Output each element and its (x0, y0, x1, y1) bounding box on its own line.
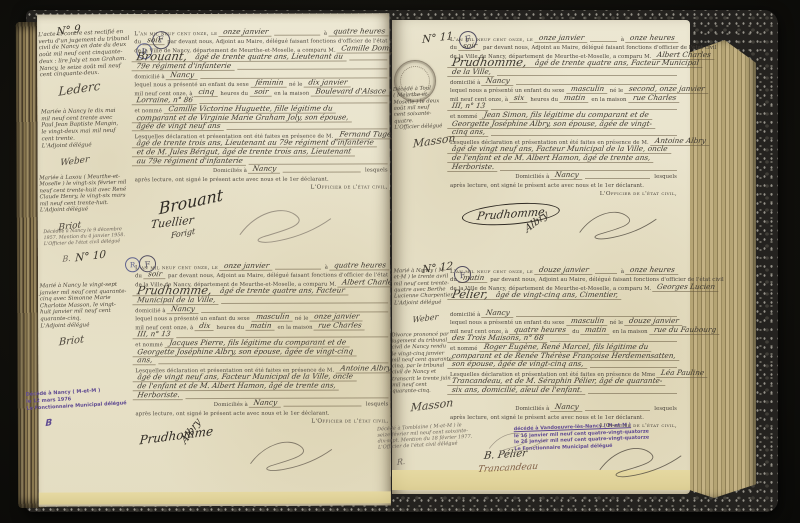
printed-text: en la maison (589, 97, 628, 103)
signature: Briot (59, 334, 85, 348)
printed-text: domicilié à (448, 312, 482, 318)
signature: Weber (412, 312, 438, 324)
blank-rule (588, 392, 677, 394)
handwritten-text: onze janvier (219, 260, 274, 270)
blank-rule (275, 33, 320, 35)
record-line: son épouse, âgée de vingt-cinq ans, (448, 361, 679, 370)
register-page-left: FRFR L'acte ci-contre est rectifié enver… (37, 13, 391, 506)
handwritten-text: Nancy (249, 398, 282, 408)
record-line: après lecture, ont signé le présent acte… (448, 412, 679, 421)
handwritten-text: Nancy (166, 70, 199, 80)
note-line: L'Adjoint délégué (40, 206, 134, 214)
note-line: L'Officier délégué (394, 123, 440, 131)
handwritten-text: cinq ans, (447, 127, 490, 137)
handwritten-text: dix (195, 321, 216, 331)
handwritten-text: âgée de vingt neuf ans (132, 121, 225, 131)
handwritten-text: douze janvier (534, 265, 593, 275)
margin-notes-left-page: L'acte ci-contre est rectifié envertu d'… (37, 13, 389, 14)
signature: Forigt (171, 227, 196, 241)
printed-text: lequel nous a présenté un enfant du sexe (133, 316, 252, 322)
handwritten-text: matin (246, 321, 277, 331)
signature-flourish (488, 431, 548, 456)
birth-record-9: N° 9 L'an mil neuf cent onze, leonze jan… (132, 27, 390, 267)
handwritten-text: six (509, 93, 529, 103)
register-page-right: FF Décédé à Toul( Meurthe-et-Moselle ) l… (392, 20, 690, 494)
printed-text: Domiciliés à (211, 168, 249, 174)
printed-text: né le (287, 82, 305, 88)
record-line: Domiciliés àNancylesquels (448, 172, 679, 181)
record-line: dusoirpar devant nous, Adjoint au Maire,… (448, 43, 679, 52)
printed-text: après lecture, ont signé le présent acte… (448, 415, 646, 421)
printed-text: heures du (528, 97, 560, 103)
margin-note: L'acte ci-contre est rectifié envertu d'… (38, 29, 132, 98)
blank-rule (284, 405, 362, 407)
handwritten-text: âgé de vingt-cinq ans, Cimentier, (491, 290, 623, 300)
blank-rule (275, 267, 320, 269)
blank-rule (349, 59, 387, 61)
record-line: L'an mil neuf cent onze, leonze janvierà… (133, 261, 390, 270)
record-body: L'an mil neuf cent onze, ledouze janvier… (448, 266, 679, 429)
signature-flourish (249, 439, 334, 475)
handwritten-text: Nancy (551, 402, 584, 412)
blank-rule (491, 134, 677, 136)
handwritten-text: au 79e régiment d'infanterie (132, 155, 248, 165)
note-line: quarante-cinq. (392, 388, 442, 395)
record-line: six ans, domicilié, aïeul de l'enfant. (448, 386, 679, 395)
handwritten-text: son épouse, âgée de vingt-cinq ans, (447, 359, 588, 369)
printed-text: en la maison (611, 329, 650, 335)
handwritten-text: quatre heures (328, 26, 390, 36)
signature-flourish (598, 445, 683, 481)
blank-rule (585, 177, 650, 179)
signature: B. (62, 254, 71, 264)
handwritten-text: Nancy (248, 164, 281, 174)
margin-note: Divorce prononcé parjugement du tribunal… (391, 332, 442, 414)
handwritten-text: onze heures (625, 33, 679, 43)
blank-rule (595, 272, 617, 274)
record-line: cinq ans, (448, 129, 679, 138)
signature: Trancandeau (477, 462, 538, 475)
blank-rule (500, 169, 677, 171)
record-line: L'Officier de l'état civil, (448, 189, 679, 198)
printed-text: Domiciliés à (513, 174, 551, 180)
printed-text: Domiciliés à (212, 402, 250, 408)
margin-note: Marié à Nancy ( M-et-M ) le trente avril… (394, 268, 441, 326)
handwritten-text: soir (143, 269, 167, 279)
record-body: L'an mil neuf cent onze, leonze janvierà… (133, 261, 391, 425)
handwritten-text: matin (458, 273, 489, 283)
handwritten-text: rue Charles (314, 320, 367, 330)
printed-text: en la maison (276, 324, 315, 330)
handwritten-text: soir (458, 41, 482, 51)
signatures-block: PrudhommeAlbry (448, 197, 679, 273)
blank-rule (590, 40, 617, 42)
printed-text: Domiciliés à (513, 406, 551, 412)
handwritten-text: onze janvier (219, 26, 274, 36)
signature-flourish (238, 207, 333, 247)
printed-text: lequel nous a présenté un enfant du sexe (448, 88, 567, 94)
signature: R. (397, 457, 406, 467)
signatures-block: BrouantTuellierForigt (133, 191, 390, 268)
signature: Weber (60, 155, 89, 169)
signatures-block: PrudhommeAlbry (134, 425, 391, 502)
blank-rule (497, 74, 677, 76)
handwritten-text: âgé de trente quatre ans, Facteur (215, 286, 349, 296)
signatures-block: B. PélierTrancandeau (448, 429, 679, 505)
handwritten-text: Pélier, (447, 290, 493, 300)
printed-text: domicilié à (448, 80, 482, 86)
birth-record-12: N° 12 L'an mil neuf cent onze, ledouze j… (448, 266, 679, 505)
printed-text: heures du (215, 325, 247, 331)
record-line: Domiciliés àNancylesquels (448, 404, 679, 413)
handwritten-text: six ans, domicilié, aïeul de l'enfant. (447, 385, 587, 395)
handwritten-text: onze heures (625, 265, 679, 275)
printed-text: lesquels (652, 406, 679, 412)
handwritten-text: ans, (133, 355, 158, 365)
signature: B (45, 418, 52, 429)
handwritten-text: quatre heures (329, 260, 391, 270)
margin-note: Mariée à Nancy le dix maimil neuf cent t… (41, 108, 132, 169)
birth-record-11: N° 11 L'an mil neuf cent onze, leonze ja… (448, 34, 679, 273)
margin-note: Décédé à Toul( Meurthe-et-Moselle ) le d… (393, 85, 441, 150)
printed-text: lesquels (364, 401, 391, 407)
right-fore-edge-pages (686, 40, 756, 498)
blank-rule (585, 409, 650, 411)
margin-note: Marié à Nancy le vingt-septjanvier mil n… (40, 281, 133, 348)
printed-text: heures du (218, 91, 250, 97)
handwritten-text: rue du Faubourg (649, 325, 721, 335)
handwritten-text: onze janvier (534, 33, 589, 43)
record-line: L'an mil neuf cent onze, leonze janvierà… (132, 27, 389, 36)
handwritten-text: Nancy (551, 170, 584, 180)
record-line: après lecture, ont signé le présent acte… (448, 180, 679, 189)
handwritten-text: Nancy (482, 308, 515, 318)
handwritten-text: Nancy (482, 76, 515, 86)
photo-background: FRFR L'acte ci-contre est rectifié enver… (0, 0, 800, 523)
printed-text: domicilié à (132, 74, 166, 80)
note-line: L'Adjoint délégué (42, 141, 132, 150)
record-line: Georgette Joséphine Albry, son épouse, â… (133, 347, 390, 356)
handwritten-text: Herboriste. (447, 162, 499, 172)
record-line: L'Officier de l'état civil, (448, 421, 679, 430)
handwritten-text: Georges Lucien (653, 282, 721, 292)
note-line: L'Adjoint délégué (394, 299, 440, 306)
handwritten-text: Herboriste. (133, 390, 185, 400)
printed-text: après lecture, ont signé le présent acte… (133, 176, 331, 183)
printed-text: après lecture, ont signé le présent acte… (448, 183, 646, 189)
printed-text: né le (608, 88, 626, 94)
handwritten-text: âgé de trente quatre ans, Facteur Munici… (530, 58, 704, 68)
record-line: dumatinpar devant nous, Adjoint au Maire… (448, 275, 679, 284)
handwritten-text: matin (580, 325, 611, 335)
handwritten-text: soir (142, 35, 166, 45)
record-line: Pélier,âgé de vingt-cinq ans, Cimentier, (448, 292, 679, 301)
handwritten-text: Nancy (167, 304, 200, 314)
handwritten-text: rue Charles (628, 93, 681, 103)
blank-rule (283, 171, 361, 173)
note-line: L'Adjoint délégué (40, 321, 132, 330)
record-body: L'an mil neuf cent onze, leonze janvierà… (132, 27, 390, 191)
printed-text: lesquels (652, 174, 679, 180)
printed-text: domicilié à (133, 308, 167, 314)
signature-flourish (578, 209, 658, 243)
signature: Prudhomme (139, 424, 214, 448)
handwritten-text: Georgette Joséphine Albry, son épouse, â… (133, 346, 358, 357)
handwritten-text: Boulevard d'Alsace (310, 86, 390, 96)
margin-note: Mariée à Laxou ( Meurthe-et-Moselle ) le… (39, 173, 134, 233)
handwritten-text: soir (249, 87, 273, 97)
record-line: L'an mil neuf cent onze, leonze janvierà… (448, 34, 679, 43)
printed-text: en la maison (272, 90, 311, 96)
printed-text: après lecture, ont signé le présent acte… (134, 410, 332, 417)
signature: Lederc (58, 78, 100, 98)
printed-text: lequel nous a présenté un enfant du sexe (132, 82, 251, 88)
handwritten-text: matin (559, 93, 590, 103)
record-body: L'an mil neuf cent onze, leonze janvierà… (448, 34, 679, 197)
printed-text: né le (293, 316, 311, 322)
death-mention-stamp: Décédé à Nancy ( M-et-M )le 12 mars 1976… (26, 385, 148, 431)
stamps-left-page: FRFR (37, 13, 389, 14)
birth-record-10: N° 10 L'an mil neuf cent onze, leonze ja… (133, 261, 391, 501)
printed-text: lesquels (363, 167, 390, 173)
